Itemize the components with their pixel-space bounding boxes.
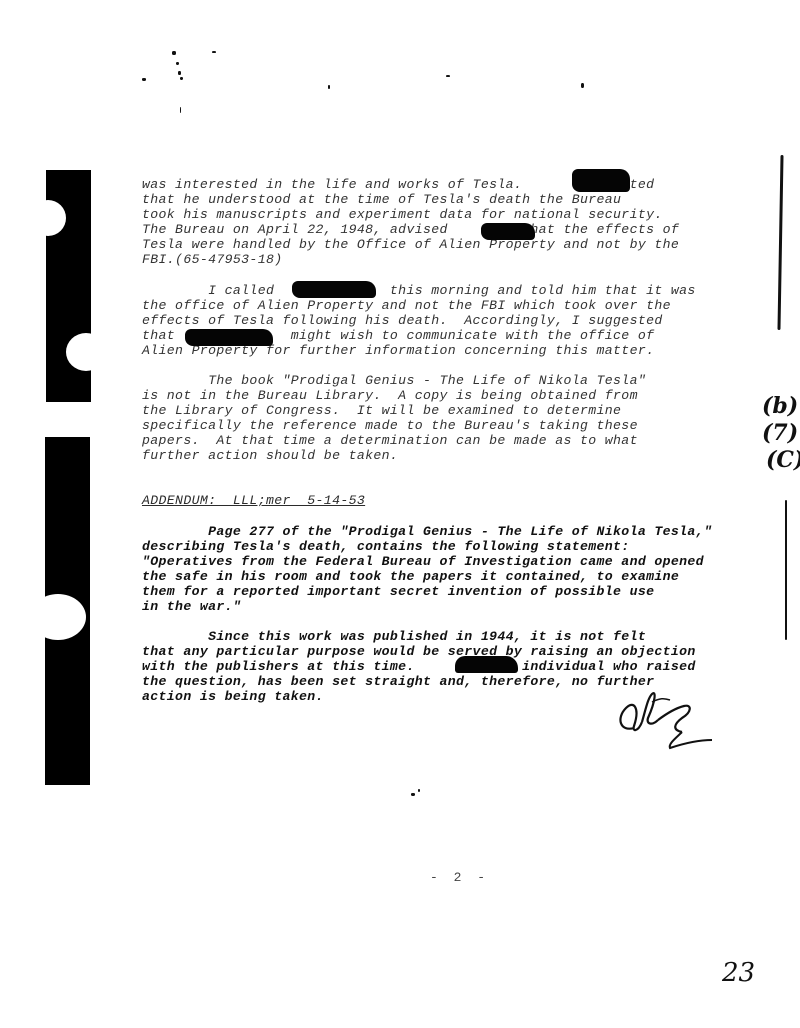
text-line: the office of Alien Property and not the… <box>142 298 671 313</box>
scan-speck <box>581 83 584 88</box>
text-line: is not in the Bureau Library. A copy is … <box>142 388 638 403</box>
text-line: FBI.(65-47953-18) <box>142 252 282 267</box>
text-line: specifically the reference made to the B… <box>142 418 638 433</box>
scan-speck <box>176 62 179 65</box>
scan-speck <box>446 75 450 77</box>
text-line: action is being taken. <box>142 689 324 704</box>
redaction-box <box>481 223 535 240</box>
text-line: effects of Tesla following his death. Ac… <box>142 313 663 328</box>
punch-hole <box>30 200 66 236</box>
redaction-box <box>292 281 376 298</box>
text-line: the question, has been set straight and,… <box>142 674 654 689</box>
text-line: took his manuscripts and experiment data… <box>142 207 663 222</box>
punch-hole <box>66 333 106 371</box>
text-line: the Library of Congress. It will be exam… <box>142 403 621 418</box>
handwritten-serial-number: 23 <box>722 958 755 988</box>
document-page: was interested in the life and works of … <box>0 0 800 1028</box>
text-line: papers. At that time a determination can… <box>142 433 638 448</box>
text-line: The Bureau on April 22, 1948, advised th… <box>142 222 679 237</box>
text-line: that he understood at the time of Tesla'… <box>142 192 621 207</box>
margin-line <box>777 155 783 330</box>
text-line: the safe in his room and took the papers… <box>142 569 679 584</box>
redaction-box <box>572 169 630 192</box>
exemption-line: (b) <box>762 393 800 420</box>
text-line: "Operatives from the Federal Bureau of I… <box>142 554 704 569</box>
scan-speck <box>180 107 181 113</box>
scan-speck <box>328 85 330 89</box>
scan-speck <box>172 51 176 55</box>
text-line: I called this morning and told him that … <box>142 283 696 298</box>
text-line: Page 277 of the "Prodigal Genius - The L… <box>142 524 712 539</box>
scan-speck <box>411 793 415 796</box>
text-line: further action should be taken. <box>142 448 398 463</box>
punch-hole <box>30 594 86 640</box>
scan-speck <box>212 51 216 53</box>
scan-speck <box>142 78 146 81</box>
text-line: them for a reported important secret inv… <box>142 584 654 599</box>
scan-speck <box>180 77 183 80</box>
page-number: - 2 - <box>430 870 489 885</box>
exemption-line: (7) <box>762 420 800 447</box>
margin-line <box>785 500 787 640</box>
text-line: with the publishers at this time. the in… <box>142 659 696 674</box>
redaction-box <box>185 329 273 346</box>
scan-speck <box>178 71 181 75</box>
text-line: The book "Prodigal Genius - The Life of … <box>142 373 646 388</box>
text-line: describing Tesla's death, contains the f… <box>142 539 630 554</box>
addendum-heading: ADDENDUM: LLL;mer 5-14-53 <box>142 493 365 508</box>
handwritten-exemption-code: (b) (7) (C) <box>762 393 800 474</box>
scan-speck <box>418 789 420 792</box>
text-line: in the war." <box>142 599 241 614</box>
handwritten-initials-signature <box>612 688 722 756</box>
exemption-line: (C) <box>766 447 800 474</box>
text-line: that any particular purpose would be ser… <box>142 644 696 659</box>
text-line: Tesla were handled by the Office of Alie… <box>142 237 679 252</box>
text-line: Since this work was published in 1944, i… <box>142 629 646 644</box>
redaction-box <box>455 656 518 673</box>
